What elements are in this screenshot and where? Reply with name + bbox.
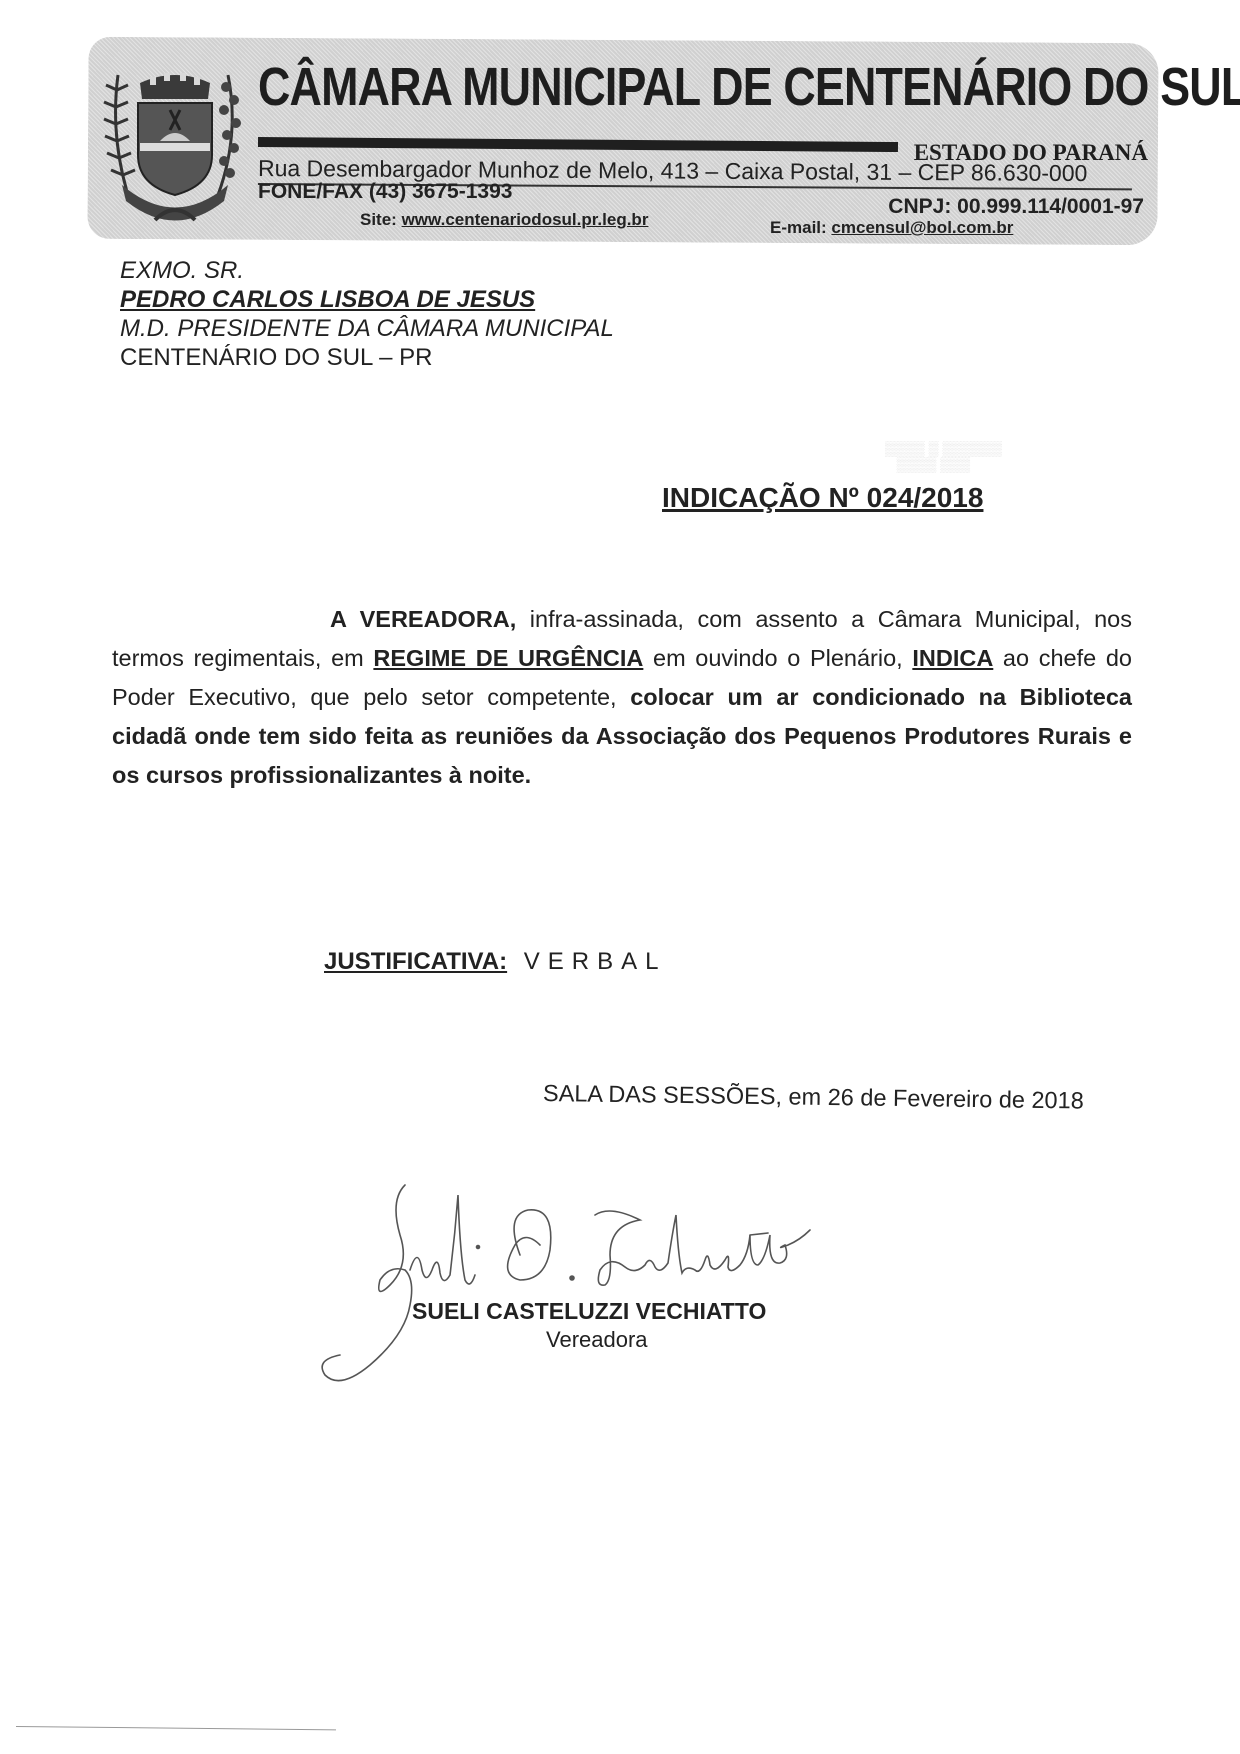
addressee-name: PEDRO CARLOS LISBOA DE JESUS xyxy=(120,285,614,314)
addressee-position: M.D. PRESIDENTE DA CÂMARA MUNICIPAL xyxy=(120,314,614,343)
coat-of-arms-icon xyxy=(100,55,250,225)
signer-role: Vereadora xyxy=(546,1327,648,1353)
email-link[interactable]: cmcensul@bol.com.br xyxy=(831,218,1013,237)
email-line: E-mail: cmcensul@bol.com.br xyxy=(770,218,1013,238)
site-link[interactable]: www.centenariodosul.pr.leg.br xyxy=(402,210,649,229)
addressee-block: EXMO. SR. PEDRO CARLOS LISBOA DE JESUS M… xyxy=(120,256,614,372)
institution-name: CÂMARA MUNICIPAL DE CENTENÁRIO DO SUL xyxy=(258,56,1240,118)
site-line: Site: www.centenariodosul.pr.leg.br xyxy=(360,210,648,230)
addressee-city: CENTENÁRIO DO SUL – PR xyxy=(120,343,614,372)
institution-cnpj: CNPJ: 00.999.114/0001-97 xyxy=(888,195,1144,219)
body-paragraph: A VEREADORA, infra-assinada, com assento… xyxy=(112,600,1132,795)
session-date: SALA DAS SESSÕES, em 26 de Fevereiro de … xyxy=(543,1080,1084,1115)
document-page: CÂMARA MUNICIPAL DE CENTENÁRIO DO SUL ES… xyxy=(0,0,1240,1754)
faded-stamp-mark: ▒▒▒▒ ▒ ▒▒▒▒▒▒ ▒▒▒▒ ▒▒▒ xyxy=(885,440,1002,472)
institution-phone: FONE/FAX (43) 3675-1393 xyxy=(258,180,512,204)
page-edge-line xyxy=(16,1726,336,1730)
body-subject: A VEREADORA, xyxy=(330,606,516,632)
handwritten-signature-icon xyxy=(310,1175,870,1405)
email-label: E-mail: xyxy=(770,218,827,237)
document-title: INDICAÇÃO Nº 024/2018 xyxy=(662,482,983,514)
signer-name: SUELI CASTELUZZI VECHIATTO xyxy=(412,1298,766,1325)
justification: JUSTIFICATIVA: VERBAL xyxy=(324,948,667,976)
body-indica: INDICA xyxy=(912,645,993,671)
body-urgency: REGIME DE URGÊNCIA xyxy=(373,645,643,671)
justification-label: JUSTIFICATIVA: xyxy=(324,948,507,975)
addressee-salutation: EXMO. SR. xyxy=(120,256,614,285)
justification-value: VERBAL xyxy=(524,948,667,975)
body-part2: em ouvindo o Plenário, xyxy=(643,645,912,671)
site-label: Site: xyxy=(360,210,397,229)
